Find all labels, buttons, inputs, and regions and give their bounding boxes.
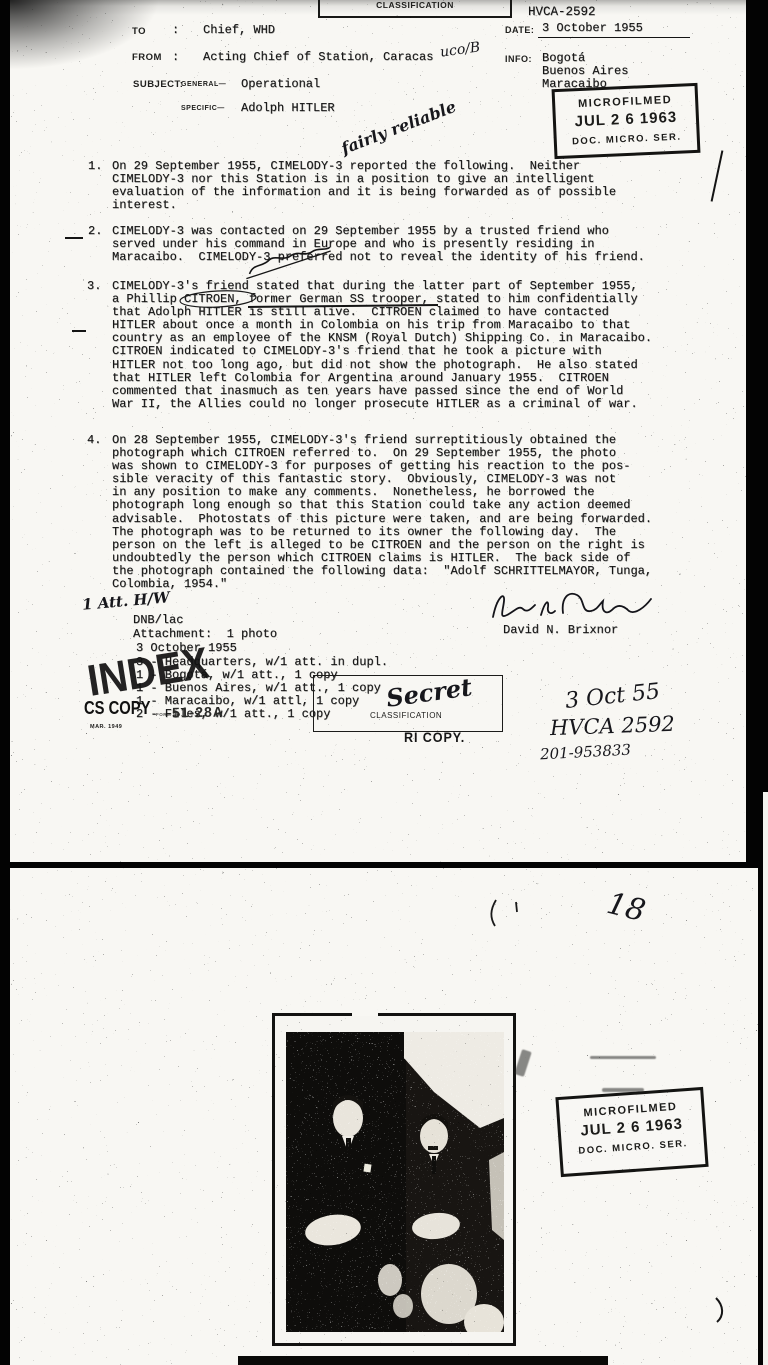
- smudge-mark: [590, 1056, 656, 1059]
- classification-bottom-label: CLASSIFICATION: [370, 711, 442, 720]
- microfilmed-stamp: MICROFILMED JUL 2 6 1963 DOC. MICRO. SER…: [552, 83, 701, 159]
- form-date-label: MAR. 1949: [90, 724, 122, 730]
- smudge-mark: [514, 1049, 532, 1077]
- attachment-line: Attachment: 1 photo: [133, 628, 277, 641]
- date-underline: [538, 37, 690, 38]
- date-label: DATE:: [505, 25, 534, 35]
- margin-dash-mark: [65, 237, 83, 239]
- classification-top-label: CLASSIFICATION: [320, 0, 510, 10]
- to-value: Chief, WHD: [203, 24, 275, 37]
- form-number: 51-28A: [172, 704, 224, 721]
- scanned-document-view: CLASSIFICATION HVCA-2592 DATE: 3 October…: [0, 0, 768, 1365]
- adjacent-scan-edge: [763, 792, 768, 1365]
- subject-general-label: GENERAL—: [181, 81, 226, 88]
- paragraph-text: On 28 September 1955, CIMELODY-3's frien…: [112, 434, 652, 591]
- pen-stroke-mark: [711, 150, 724, 201]
- classification-box-top: CLASSIFICATION: [318, 0, 512, 18]
- signature-typed: David N. Brixnor: [503, 624, 618, 637]
- subject-specific-value: Adolph HITLER: [241, 102, 335, 115]
- subject-general-value: Operational: [241, 78, 320, 91]
- margin-dash-mark: [72, 330, 86, 332]
- paren-mark-open: [482, 896, 522, 930]
- attachment-note-handwritten: 1 Att. H/W: [81, 588, 170, 614]
- frame-gap: [352, 1010, 378, 1016]
- document-page-1: CLASSIFICATION HVCA-2592 DATE: 3 October…: [10, 0, 746, 862]
- subject-specific-label: SPECIFIC—: [181, 105, 225, 112]
- fairly-reliable-annotation: fairly reliable: [339, 97, 459, 158]
- subject-label: SUBJECT:: [133, 79, 183, 90]
- handwritten-doc-number: HVCA 2592: [550, 712, 676, 740]
- from-value: Acting Chief of Station, Caracas: [203, 51, 433, 64]
- attached-photograph: [286, 1032, 504, 1332]
- microfilmed-series: DOC. MICRO. SER.: [557, 131, 697, 148]
- info-label: INFO:: [505, 54, 532, 64]
- microfilmed-date: JUL 2 6 1963: [556, 108, 697, 131]
- handwritten-file-number: 201-953833: [540, 741, 632, 764]
- date-value: 3 October 1955: [542, 22, 643, 35]
- ri-copy-stamp: RI COPY.: [404, 729, 465, 745]
- info-values: Bogotá Buenos Aires Maracaibo: [542, 52, 628, 91]
- microfilmed-stamp: MICROFILMED JUL 2 6 1963 DOC. MICRO. SER…: [555, 1087, 708, 1177]
- paragraph-text: CIMELODY-3 was contacted on 29 September…: [112, 225, 645, 264]
- document-page-2: 18: [10, 868, 758, 1365]
- initials-line: DNB/lac: [133, 614, 183, 627]
- from-label: FROM: [132, 52, 162, 63]
- routing-annotation-handwritten: uco/B: [439, 39, 481, 60]
- microfilmed-series: DOC. MICRO. SER.: [562, 1137, 704, 1158]
- paren-mark-close: [710, 1296, 730, 1324]
- bottom-partial-stamp-bar: [238, 1356, 608, 1365]
- paragraph-number: 1.: [88, 160, 102, 173]
- paragraph-number: 3.: [87, 280, 101, 293]
- from-colon: :: [172, 51, 179, 64]
- handwritten-date: 3 Oct 55: [564, 679, 661, 714]
- paragraph-number: 4.: [87, 434, 101, 447]
- paragraph-text: On 29 September 1955, CIMELODY-3 reporte…: [112, 160, 616, 212]
- citroen-circle-annotation: [178, 289, 258, 309]
- page-number-annotation: 18: [603, 886, 649, 929]
- cs-copy-stamp: CS COPY: [84, 698, 150, 719]
- to-colon: :: [172, 24, 179, 37]
- paragraph-number: 2.: [88, 225, 102, 238]
- doc-number: HVCA-2592: [528, 6, 596, 19]
- to-label: TO: [132, 26, 146, 37]
